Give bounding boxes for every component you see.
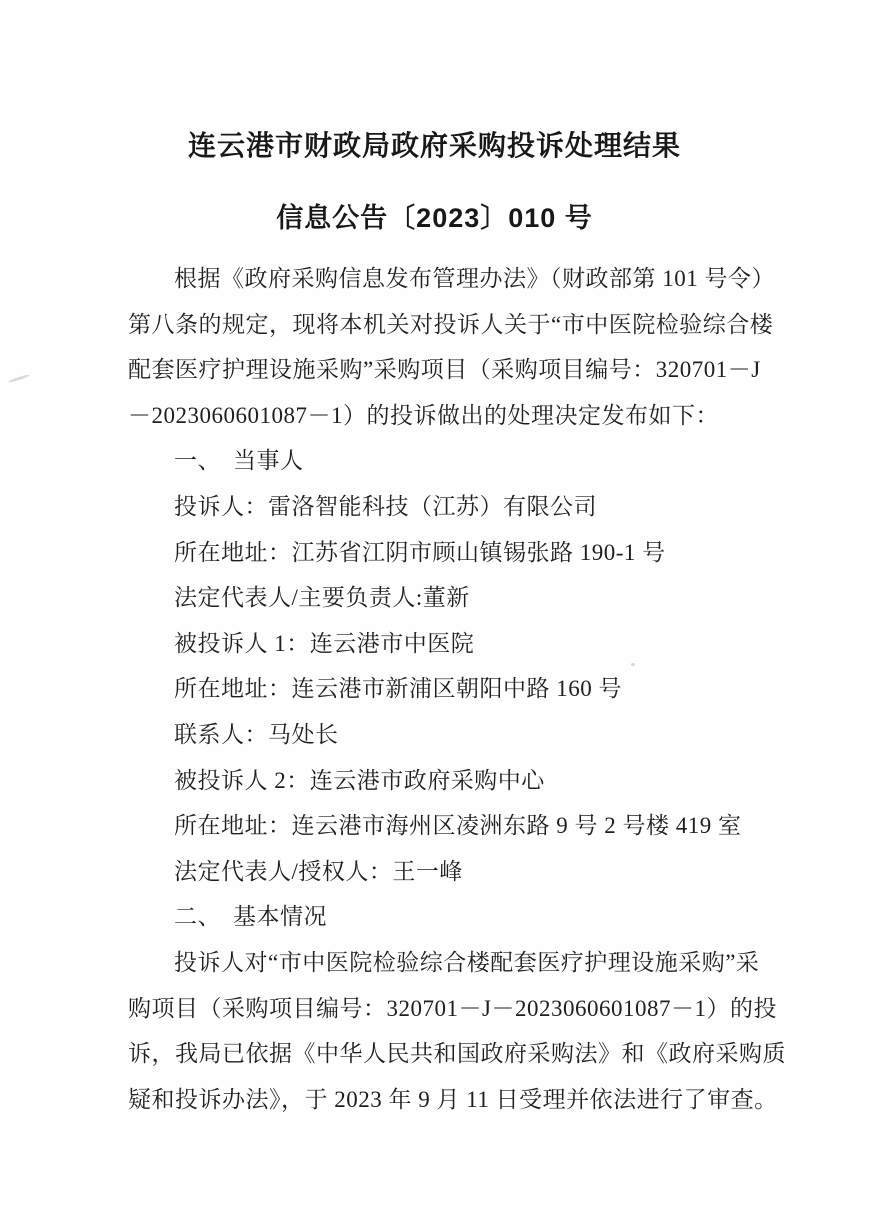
body-line: 联系人：马处长 (128, 712, 754, 758)
document-page: 连云港市财政局政府采购投诉处理结果 信息公告〔2023〕010 号 根据《政府采… (0, 0, 869, 1226)
body-line: 所在地址：连云港市新浦区朝阳中路 160 号 (128, 666, 754, 712)
body-line: 被投诉人 2：连云港市政府采购中心 (128, 758, 754, 804)
document-title: 连云港市财政局政府采购投诉处理结果 (0, 124, 869, 164)
document-number: 信息公告〔2023〕010 号 (0, 196, 869, 235)
body-line: 投诉人对“市中医院检验综合楼配套医疗护理设施采购”采 (128, 940, 754, 986)
body-line: 投诉人：雷洛智能科技（江苏）有限公司 (128, 484, 754, 530)
body-line: 疑和投诉办法》，于 2023 年 9 月 11 日受理并依法进行了审查。 (128, 1077, 754, 1123)
body-line: －2023060601087－1）的投诉做出的处理决定发布如下： (128, 393, 754, 439)
scan-artifact (8, 374, 30, 384)
body-line: 配套医疗护理设施采购”采购项目（采购项目编号：320701－J (128, 347, 754, 393)
body-line: 所在地址：连云港市海州区凌洲东路 9 号 2 号楼 419 室 (128, 803, 754, 849)
body-line: 第八条的规定，现将本机关对投诉人关于“市中医院检验综合楼 (128, 302, 754, 348)
body-line: 法定代表人/授权人：王一峰 (128, 849, 754, 895)
body-line: 购项目（采购项目编号：320701－J－2023060601087－1）的投 (128, 986, 754, 1032)
body-line: 法定代表人/主要负责人:董新 (128, 575, 754, 621)
body-line: 根据《政府采购信息发布管理办法》（财政部第 101 号令） (128, 256, 754, 302)
body-line: 二、 基本情况 (128, 894, 754, 940)
body-line: 诉，我局已依据《中华人民共和国政府采购法》和《政府采购质 (128, 1031, 754, 1077)
document-body: 根据《政府采购信息发布管理办法》（财政部第 101 号令）第八条的规定，现将本机… (128, 256, 754, 1122)
body-line: 一、 当事人 (128, 438, 754, 484)
body-line: 被投诉人 1：连云港市中医院 (128, 621, 754, 667)
body-line: 所在地址：江苏省江阴市顾山镇锡张路 190-1 号 (128, 530, 754, 576)
scan-artifact (631, 663, 635, 666)
